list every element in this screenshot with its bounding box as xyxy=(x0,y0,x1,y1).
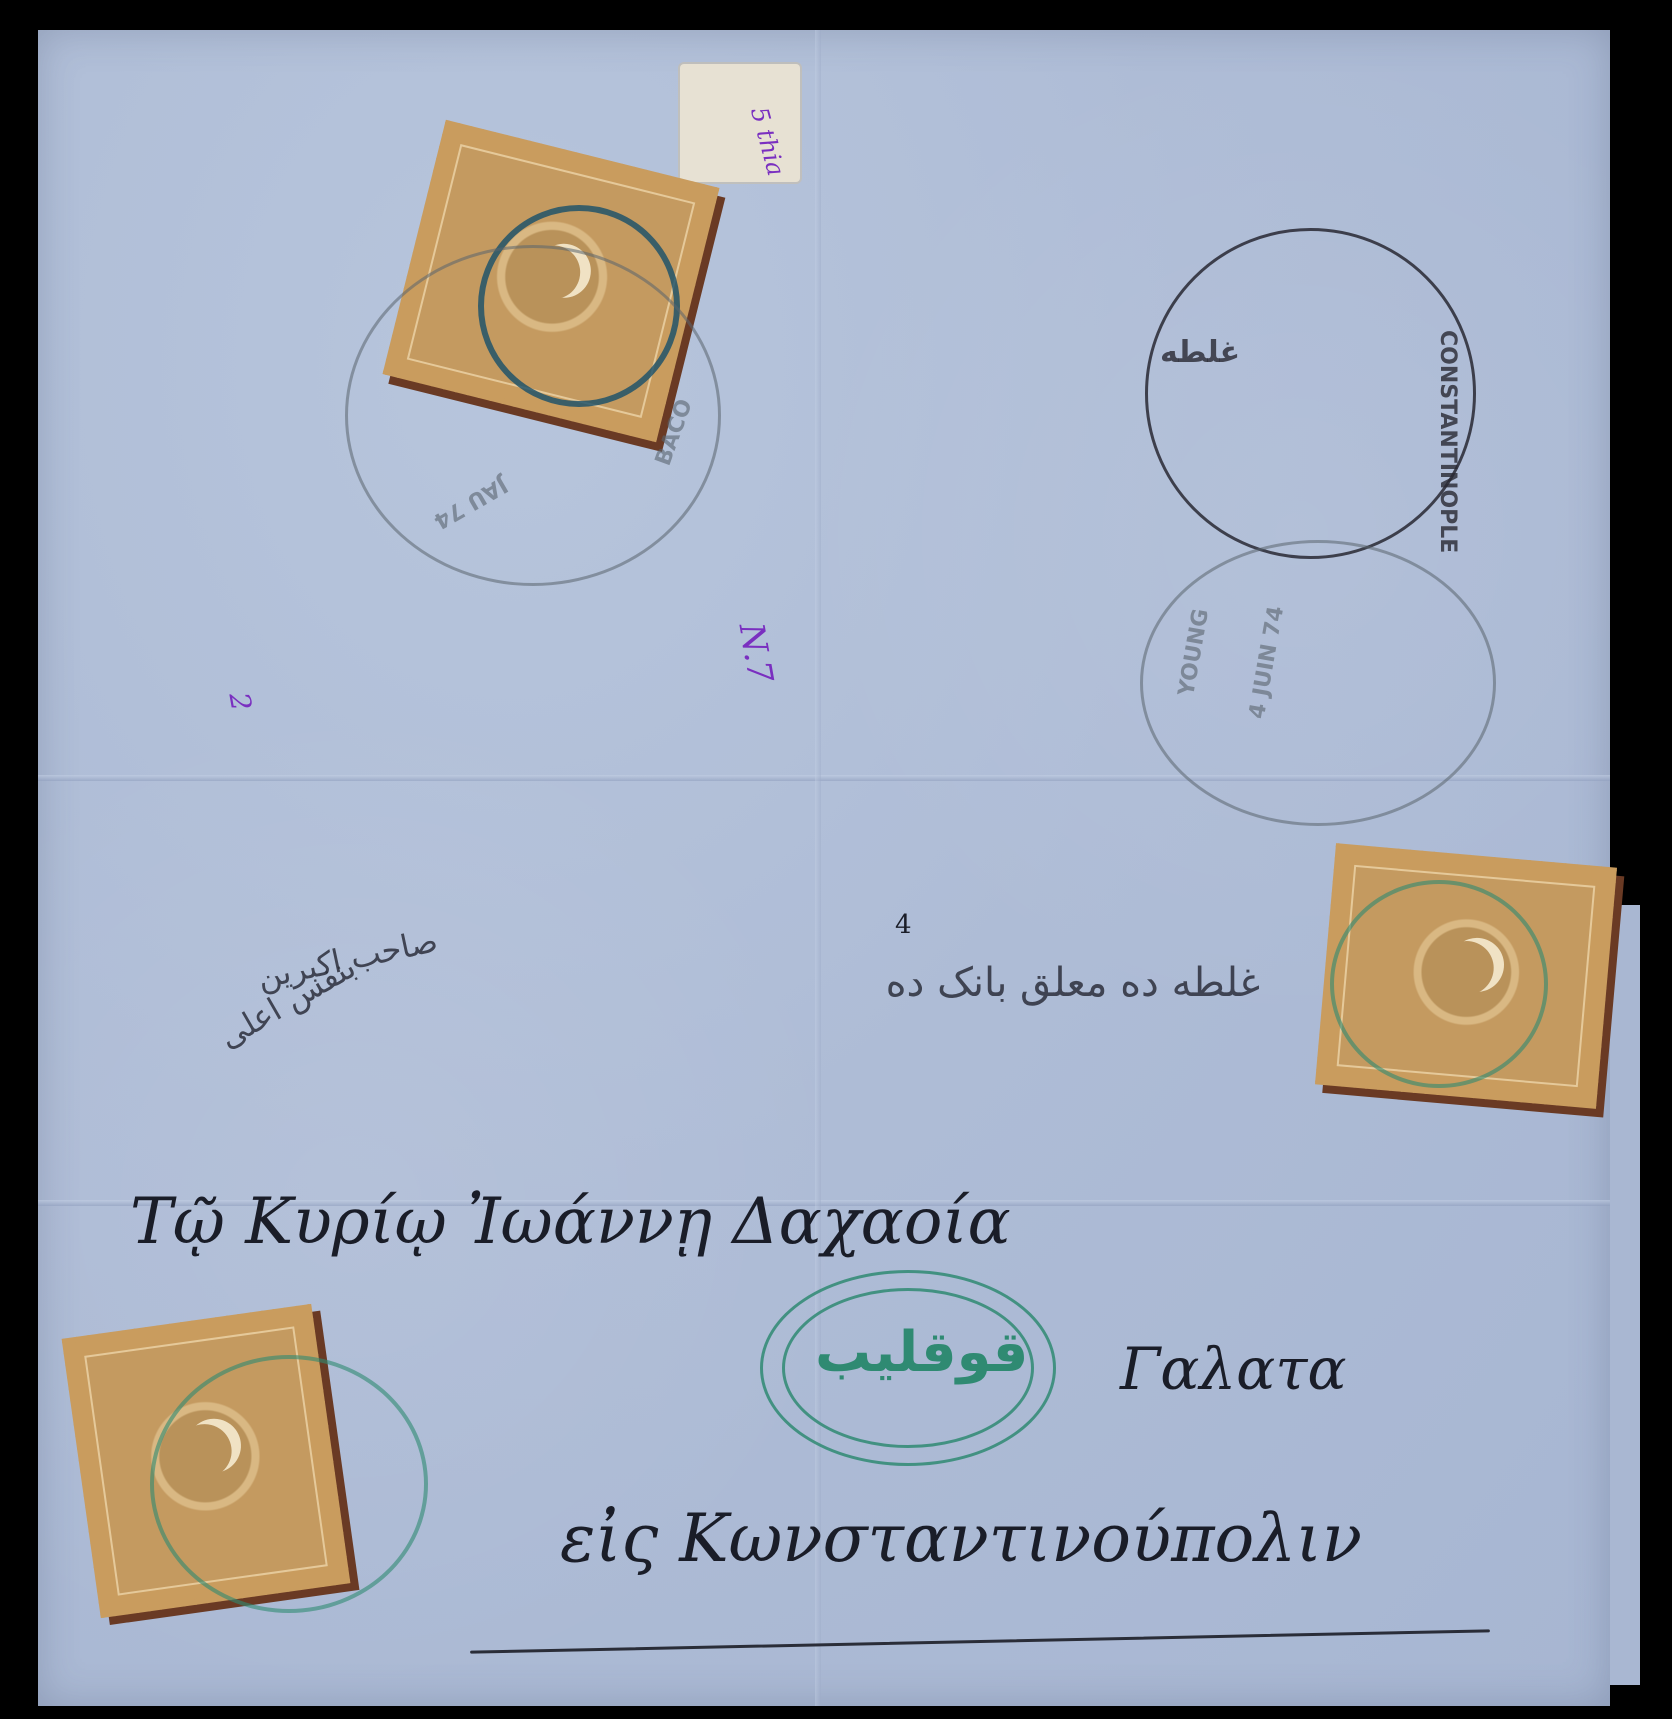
postmark-upper-right xyxy=(1145,228,1476,559)
ink-number: 4 xyxy=(895,910,912,940)
fold-line xyxy=(815,30,821,1706)
green-seal-text: قوقليب xyxy=(815,1320,1028,1385)
cancel-ring xyxy=(1330,880,1548,1088)
greek-address-line-2: Γαλατα xyxy=(1120,1335,1347,1403)
cancel-ring xyxy=(150,1355,428,1613)
label-text: 5 thia xyxy=(745,104,790,179)
ottoman-address-line: غلطه ده معلق بانک ده xyxy=(620,960,1260,1006)
greek-address-line-1: Τῷ Κυρίῳ Ἰωάννῃ Δαχαοία xyxy=(130,1185,1011,1259)
paper-label: 5 thia xyxy=(680,64,800,182)
postmark-text: CONSTANTINOPLE xyxy=(1435,330,1460,553)
postmark-upper-left xyxy=(345,245,721,586)
greek-address-line-3: εἰς Κωνσταντινούπολιν xyxy=(560,1500,1362,1577)
postmark-arabic: غلطه xyxy=(1160,335,1240,370)
cover-flap xyxy=(1610,905,1640,1685)
